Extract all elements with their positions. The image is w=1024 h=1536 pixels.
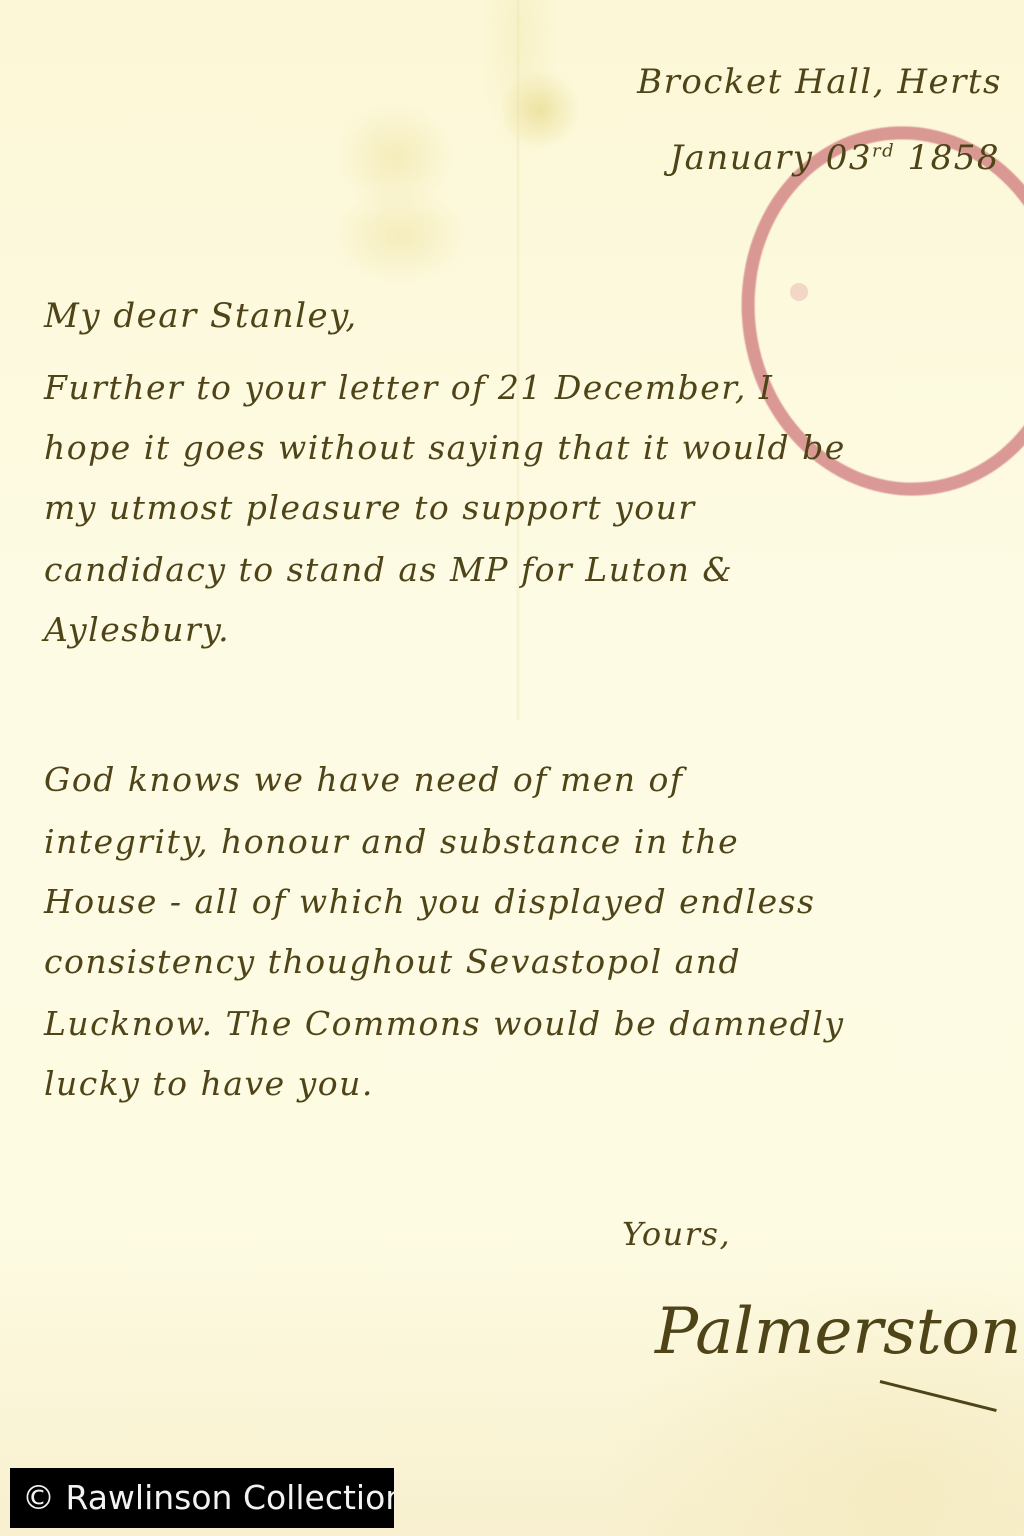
body-line: Further to your letter of 21 December, I	[44, 368, 773, 407]
body-line: House - all of which you displayed endle…	[44, 882, 816, 921]
body-line: Lucknow. The Commons would be damnedly	[44, 1004, 844, 1043]
copyright-watermark: © Rawlinson Collection	[10, 1468, 394, 1528]
body-line: integrity, honour and substance in the	[44, 822, 739, 861]
letter-date: January 03rd 1858	[670, 138, 1001, 178]
body-line: consistency thoughout Sevastopol and	[44, 942, 741, 981]
letter-closing: Yours,	[622, 1215, 731, 1253]
paper-fold-crease	[516, 0, 520, 720]
body-line: lucky to have you.	[44, 1064, 374, 1103]
date-day: 03	[826, 138, 872, 178]
body-line: candidacy to stand as MP for Luton &	[44, 550, 733, 589]
signature: Palmerston	[655, 1295, 1021, 1369]
wine-drop-stain	[790, 283, 808, 301]
body-line: hope it goes without saying that it woul…	[44, 428, 846, 467]
body-line: God knows we have need of men of	[44, 760, 684, 799]
letter-address: Brocket Hall, Herts	[637, 62, 1002, 102]
date-day-suffix: rd	[872, 141, 895, 162]
date-year: 1858	[907, 138, 1000, 178]
date-month: January	[670, 138, 814, 178]
letter-salutation: My dear Stanley,	[44, 296, 358, 336]
body-line: Aylesbury.	[44, 610, 230, 649]
body-line: my utmost pleasure to support your	[44, 488, 696, 527]
